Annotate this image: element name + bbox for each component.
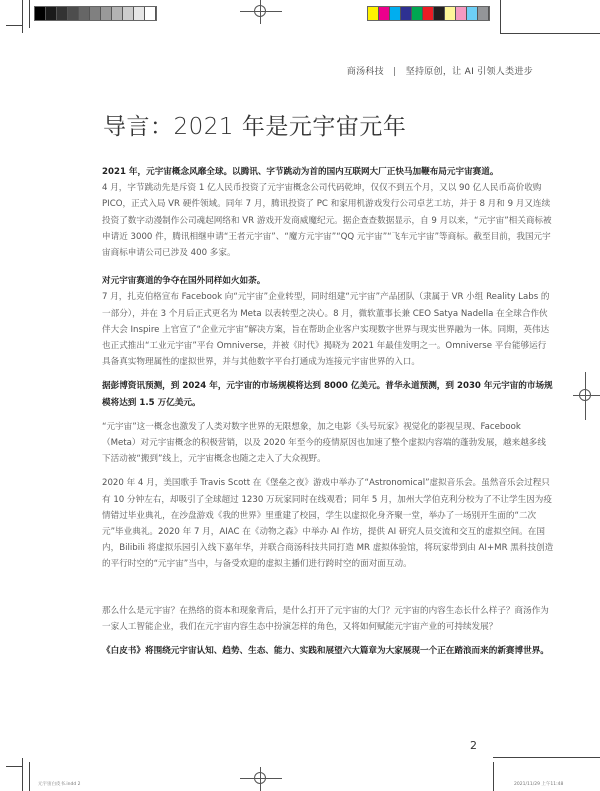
color-swatch <box>379 7 390 20</box>
gray-swatch <box>79 7 90 20</box>
page-number: 2 <box>470 739 477 752</box>
crop-mark-top-left-h <box>6 25 22 26</box>
grayscale-color-bar <box>34 6 157 21</box>
color-swatch <box>434 7 445 20</box>
slug-timestamp: 2021/11/29 上午11:48 <box>514 781 563 787</box>
crop-mark-top-right-h <box>500 33 600 34</box>
gray-swatch <box>134 7 145 20</box>
paragraph: “元宇宙”这一概念也激发了人类对数字世界的无限想象，加之电影《头号玩家》视觉化的… <box>102 419 554 468</box>
gray-swatch <box>145 7 156 20</box>
gray-swatch <box>123 7 134 20</box>
gray-swatch <box>90 7 101 20</box>
gray-swatch <box>57 7 68 20</box>
color-swatch <box>412 7 423 20</box>
page-title: 导言：2021 年是元宇宙元年 <box>103 108 406 141</box>
registration-mark-right <box>573 384 600 408</box>
paragraph: 7 月，扎克伯格宣布 Facebook 向“元宇宙”企业转型，同时组建“元宇宙”… <box>102 289 554 370</box>
gray-swatch <box>112 7 123 20</box>
paragraph-subhead: 对元宇宙赛道的争夺在国外同样如火如荼。 <box>102 273 554 289</box>
crop-mark-bottom-right-v <box>493 762 494 791</box>
gray-swatch <box>46 7 57 20</box>
header-brand: 商汤科技 <box>347 67 384 77</box>
color-swatch <box>467 7 478 20</box>
crop-mark-bottom-left-v <box>22 758 23 791</box>
color-swatch <box>423 7 434 20</box>
gray-swatch <box>101 7 112 20</box>
paragraph: 2020 年 4 月，美国歌手 Travis Scott 在《堡垒之夜》游戏中举… <box>102 475 554 572</box>
process-color-bar <box>367 6 490 21</box>
color-swatch <box>390 7 401 20</box>
crop-mark-top-left-v2 <box>29 0 30 28</box>
registration-mark-top <box>240 0 282 24</box>
header-slogan: 坚持原创，让 AI 引领人类进步 <box>406 67 533 77</box>
color-swatch <box>401 7 412 20</box>
registration-mark-bottom <box>240 767 282 791</box>
color-swatch <box>456 7 467 20</box>
color-swatch <box>478 7 489 20</box>
crop-mark-bottom-left-h <box>6 766 22 767</box>
paragraph-lead: 2021 年，元宇宙概念风靡全球。以腾讯、字节跳动为首的国内互联网大厂正快马加鞭… <box>102 164 554 180</box>
color-swatch <box>368 7 379 20</box>
header-separator: | <box>393 67 396 77</box>
paragraph-forecast: 据彭博资讯预测，到 2024 年，元宇宙的市场规模将达到 8000 亿美元。普华… <box>102 378 554 410</box>
body-content: 2021 年，元宇宙概念风靡全球。以腾讯、字节跳动为首的国内互联网大厂正快马加鞭… <box>102 164 554 659</box>
paragraph-summary: 《白皮书》将围绕元宇宙认知、趋势、生态、能力、实践和展望六大篇章为大家展现一个正… <box>102 643 554 659</box>
slug-filename: 元宇宙白皮书.indd 2 <box>38 781 81 787</box>
crop-mark-bottom-right-h <box>493 757 600 758</box>
crop-mark-bottom-left-v2 <box>29 762 30 791</box>
crop-mark-top-left-v <box>22 0 23 33</box>
color-swatch <box>445 7 456 20</box>
gray-swatch <box>35 7 46 20</box>
paragraph: 4 月，字节跳动先是斥资 1 亿人民币投资了元宇宙概念公司代码乾坤，仅仅不到五个… <box>102 180 554 261</box>
crop-mark-top-right-v <box>500 0 501 33</box>
gray-swatch <box>68 7 79 20</box>
paragraph-question: 那么什么是元宇宙？在热络的资本和现象背后，是什么打开了元宇宙的大门？元宇宙的内容… <box>102 603 554 635</box>
running-header: 商汤科技 | 坚持原创，让 AI 引领人类进步 <box>347 64 533 77</box>
